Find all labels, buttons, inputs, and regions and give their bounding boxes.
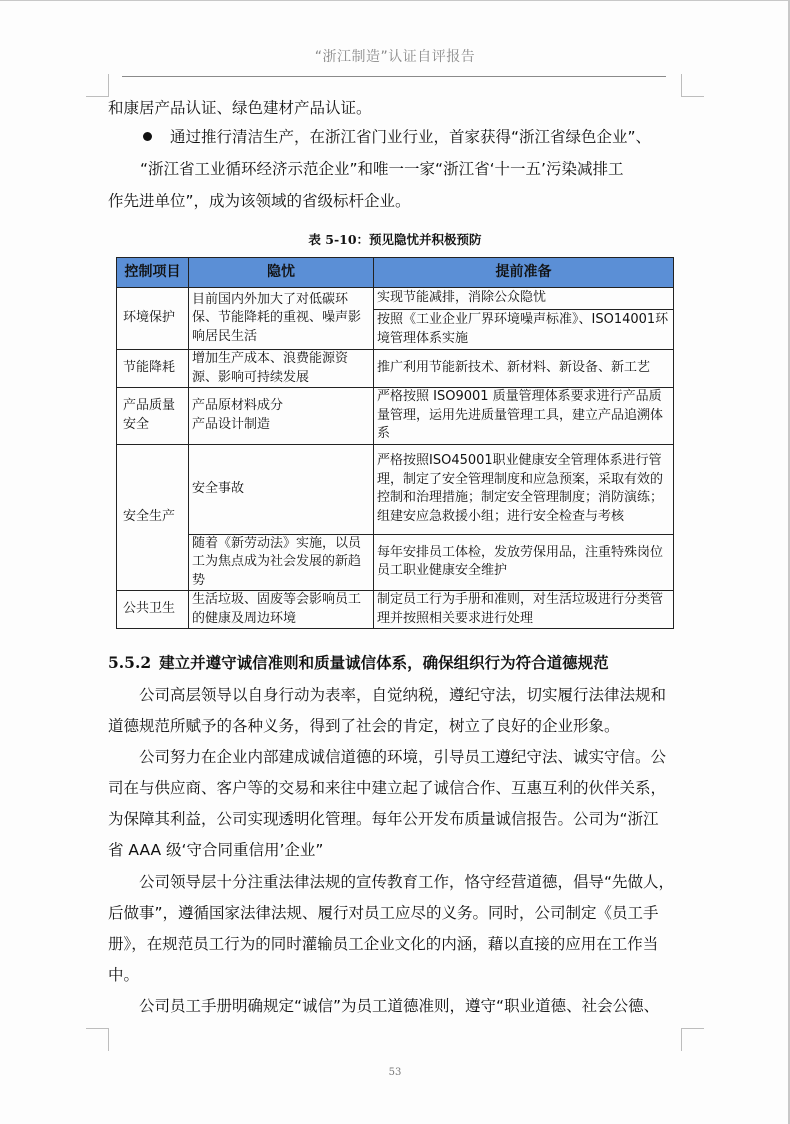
paragraph-4-line-1: 公司员工手册明确规定“诚信”为员工道德准则，遵守“职业道德、社会公德、 <box>108 990 683 1022</box>
paragraph-3-line-3: 册》，在规范员工行为的同时灌输员工企业文化的内涵，藉以直接的应用在工作当 <box>108 928 683 960</box>
cell-preparation: 按照《工业企业厂界环境噪声标准》、ISO14001环境管理体系实施 <box>374 310 674 350</box>
table-row: 安全生产 安全事故 严格按照ISO45001职业健康安全管理体系进行管理，制定了… <box>117 444 674 534</box>
page-number: 53 <box>0 1067 790 1078</box>
bullet-line-1: 通过推行清洁生产，在浙江省门业行业，首家获得“浙江省绿色企业”、 <box>170 121 745 153</box>
page-top-border <box>0 0 790 1</box>
cell-item: 节能降耗 <box>117 350 189 388</box>
margin-corner-mark-top-right <box>681 74 704 97</box>
cell-concern: 生活垃圾、固废等会影响员工的健康及周边环境 <box>189 591 374 629</box>
cell-preparation: 实现节能减排，消除公众隐忧 <box>374 288 674 310</box>
paragraph-2-line-2: 司在与供应商、客户等的交易和来往中建立起了诚信合作、互惠互利的伙伴关系， <box>108 772 683 804</box>
paragraph-continuation: 和康居产品认证、绿色建材产品认证。 <box>108 92 683 124</box>
table-header-row: 控制项目 隐忧 提前准备 <box>117 258 674 288</box>
section-heading: 5.5.2建立并遵守诚信准则和质量诚信体系，确保组织行为符合道德规范 <box>108 651 609 673</box>
cell-item: 产品质量安全 <box>117 388 189 445</box>
paragraph-2-line-3: 为保障其利益，公司实现透明化管理。每年公开发布质量诚信报告。公司为“浙江 <box>108 803 683 835</box>
cell-concern: 产品原材料成分 产品设计制造 <box>189 388 374 445</box>
margin-corner-mark-bottom-right <box>681 1028 704 1051</box>
table-row: 产品质量安全 产品原材料成分 产品设计制造 严格按照 ISO9001 质量管理体… <box>117 388 674 445</box>
paragraph-1-line-2: 道德规范所赋予的各种义务，得到了社会的肯定，树立了良好的企业形象。 <box>108 710 683 742</box>
cell-preparation: 严格按照ISO45001职业健康安全管理体系进行管理，制定了安全管理制度和应急预… <box>374 444 674 534</box>
bullet-line-2: “浙江省工业循环经济示范企业”和唯一一家“浙江省‘十一五’污染减排工 <box>140 153 715 185</box>
cell-item: 公共卫生 <box>117 591 189 629</box>
risk-prevention-table: 控制项目 隐忧 提前准备 环境保护 目前国内外加大了对低碳环保、节能降耗的重视、… <box>116 257 674 629</box>
table-caption: 表 5-10：预见隐忧并积极预防 <box>0 230 790 248</box>
cell-concern: 增加生产成本、浪费能源资源、影响可持续发展 <box>189 350 374 388</box>
cell-preparation: 每年安排员工体检，发放劳保用品，注重特殊岗位员工职业健康安全维护 <box>374 534 674 591</box>
section-number: 5.5.2 <box>108 653 151 672</box>
cell-item: 安全生产 <box>117 444 189 591</box>
cell-preparation: 制定员工行为手册和准则，对生活垃圾进行分类管理并按照相关要求进行处理 <box>374 591 674 629</box>
margin-corner-mark-top-left <box>86 74 109 97</box>
column-header-preparation: 提前准备 <box>374 258 674 288</box>
paragraph-2-line-1: 公司努力在企业内部建成诚信道德的环境，引导员工遵纪守法、诚实守信。公 <box>108 741 683 773</box>
cell-preparation: 推广利用节能新技术、新材料、新设备、新工艺 <box>374 350 674 388</box>
margin-corner-mark-bottom-left <box>86 1028 109 1051</box>
column-header-control-item: 控制项目 <box>117 258 189 288</box>
table-subrow: 随着《新劳动法》实施，以员工为焦点成为社会发展的新趋势 每年安排员工体检，发放劳… <box>117 534 674 591</box>
table-row: 公共卫生 生活垃圾、固废等会影响员工的健康及周边环境 制定员工行为手册和准则，对… <box>117 591 674 629</box>
paragraph-3-line-4: 中。 <box>108 959 683 991</box>
header-divider <box>122 76 666 77</box>
section-title: 建立并遵守诚信准则和质量诚信体系，确保组织行为符合道德规范 <box>159 654 609 672</box>
cell-concern: 目前国内外加大了对低碳环保、节能降耗的重视、噪声影响居民生活 <box>189 288 374 350</box>
cell-preparation: 严格按照 ISO9001 质量管理体系要求进行产品质量管理，运用先进质量管理工具… <box>374 388 674 445</box>
paragraph-1-line-1: 公司高层领导以自身行动为表率，自觉纳税，遵纪守法，切实履行法律法规和 <box>108 679 683 711</box>
bullet-line-3: 作先进单位”，成为该领域的省级标杆企业。 <box>108 185 683 217</box>
cell-concern: 安全事故 <box>189 444 374 534</box>
page-header-title: “浙江制造”认证自评报告 <box>0 46 790 66</box>
paragraph-3-line-2: 后做事”，遵循国家法律法规、履行对员工应尽的义务。同时，公司制定《员工手 <box>108 897 683 929</box>
cell-concern: 随着《新劳动法》实施，以员工为焦点成为社会发展的新趋势 <box>189 534 374 591</box>
bullet-icon <box>143 132 152 141</box>
table-row: 环境保护 目前国内外加大了对低碳环保、节能降耗的重视、噪声影响居民生活 实现节能… <box>117 288 674 310</box>
paragraph-3-line-1: 公司领导层十分注重法律法规的宣传教育工作，恪守经营道德，倡导“先做人， <box>108 866 683 898</box>
cell-item: 环境保护 <box>117 288 189 350</box>
table-row: 节能降耗 增加生产成本、浪费能源资源、影响可持续发展 推广利用节能新技术、新材料… <box>117 350 674 388</box>
column-header-concern: 隐忧 <box>189 258 374 288</box>
paragraph-2-line-4: 省 AAA 级‘守合同重信用’企业” <box>108 834 683 866</box>
